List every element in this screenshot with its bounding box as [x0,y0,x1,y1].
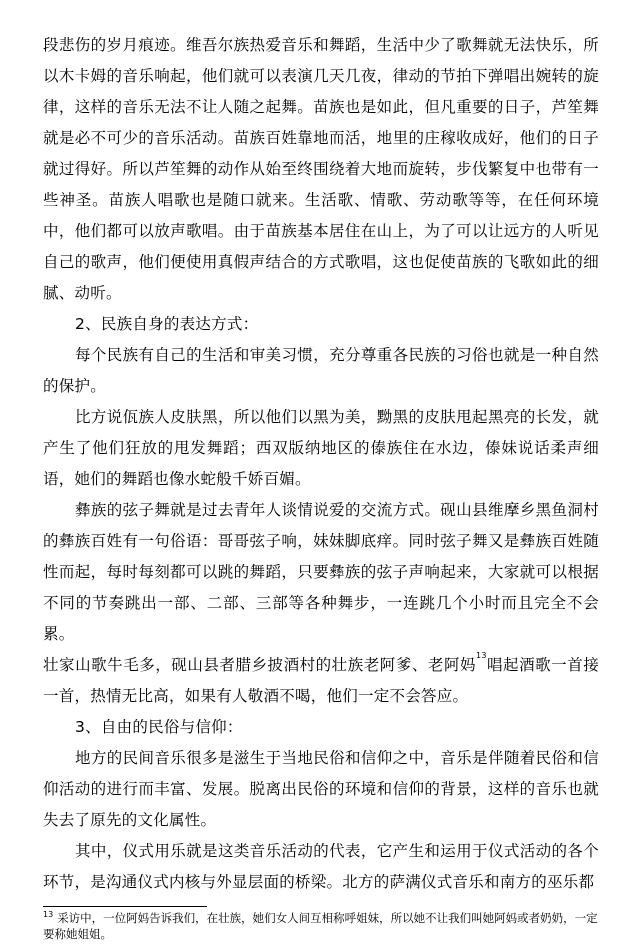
section-heading-2: 2、民族自身的表达方式： [43,309,599,340]
document-body: 段悲伤的岁月痕迹。维吾尔族热爱音乐和舞蹈，生活中少了歌舞就无法快乐，所以木卡姆的… [43,30,599,898]
paragraph-text: 壮家山歌牛毛多，砚山县者腊乡披酒村的壮族老阿爹、老阿妈 [43,656,476,674]
footnote: 13采访中，一位阿妈告诉我们，在壮族，她们女人间互相称呼姐妹，所以她不让我们叫她… [43,910,603,942]
paragraph-folk-belief: 地方的民间音乐很多是滋生于当地民俗和信仰之中，音乐是伴随着民俗和信仰活动的进行而… [43,743,599,836]
paragraph-yi-xianzi: 彝族的弦子舞就是过去青年人谈情说爱的交流方式。砚山县维摩乡黑鱼洞村的彝族百姓有一… [43,495,599,650]
footnote-separator [43,906,207,907]
paragraph-customs: 每个民族有自己的生活和审美习惯，充分尊重各民族的习俗也就是一种自然的保护。 [43,340,599,402]
paragraph-miao-music: 段悲伤的岁月痕迹。维吾尔族热爱音乐和舞蹈，生活中少了歌舞就无法快乐，所以木卡姆的… [43,30,599,309]
paragraph-wa-dai: 比方说佤族人皮肤黑，所以他们以黑为美，黝黑的皮肤甩起黑亮的长发，就产生了他们狂放… [43,402,599,495]
footnote-area: 13采访中，一位阿妈告诉我们，在壮族，她们女人间互相称呼姐妹，所以她不让我们叫她… [43,906,603,942]
paragraph-ritual-music: 其中，仪式用乐就是这类音乐活动的代表，它产生和运用于仪式活动的各个环节，是沟通仪… [43,836,599,898]
section-heading-3: 3、自由的民俗与信仰： [43,712,599,743]
footnote-number: 13 [43,910,53,919]
paragraph-zhuang-songs: 壮家山歌牛毛多，砚山县者腊乡披酒村的壮族老阿爹、老阿妈13唱起酒歌一首接一首，热… [43,650,599,712]
footnote-text: 采访中，一位阿妈告诉我们，在壮族，她们女人间互相称呼姐妹，所以她不让我们叫她阿妈… [43,911,598,941]
footnote-reference[interactable]: 13 [476,651,487,660]
